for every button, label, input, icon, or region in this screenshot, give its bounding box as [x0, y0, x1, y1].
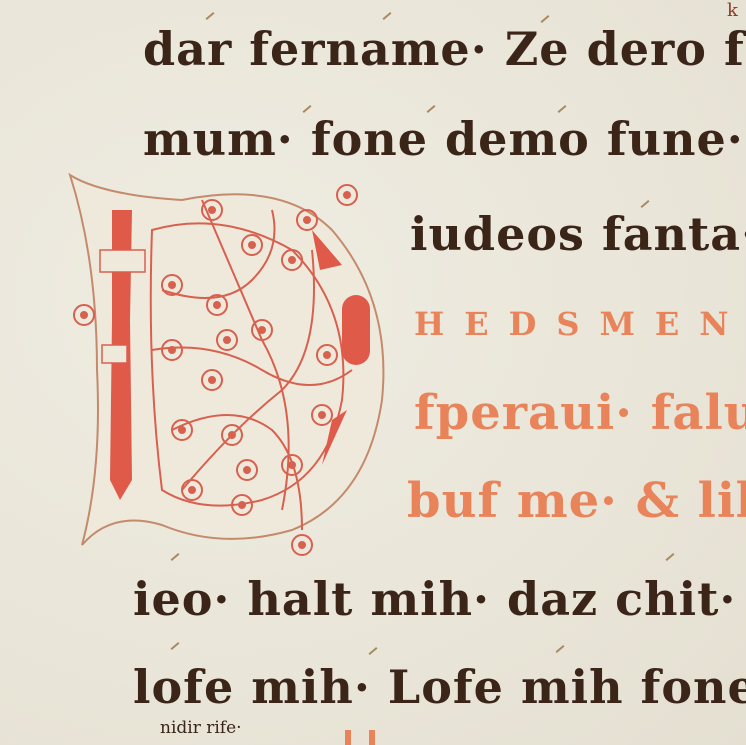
text-line-2: mum· fone demo fune· d	[143, 112, 746, 166]
accent-mark	[206, 12, 215, 20]
rubric-line-4: HEDSMEN	[414, 305, 746, 343]
text-line-1: dar fername· Ze dero fin	[143, 22, 746, 76]
corner-mark: k	[727, 0, 738, 21]
accent-mark	[171, 642, 180, 650]
accent-mark	[383, 12, 392, 20]
accent-mark	[666, 553, 675, 561]
interlinear-gloss: nidir rife·	[160, 718, 242, 738]
illuminated-initial-d-icon	[62, 170, 397, 560]
rubric-fragment	[345, 730, 375, 745]
rubric-line-6: buf me· & lib	[407, 473, 746, 529]
rubric-line-5: fperaui· falun	[414, 385, 746, 441]
accent-mark	[556, 645, 565, 653]
text-line-8: lofe mih· Lofe mih fone a	[133, 660, 746, 714]
text-line-3: iudeos fanta·	[410, 207, 746, 261]
accent-mark	[369, 647, 378, 655]
text-line-7: ieo· halt mih· daz chit· n	[133, 572, 746, 626]
